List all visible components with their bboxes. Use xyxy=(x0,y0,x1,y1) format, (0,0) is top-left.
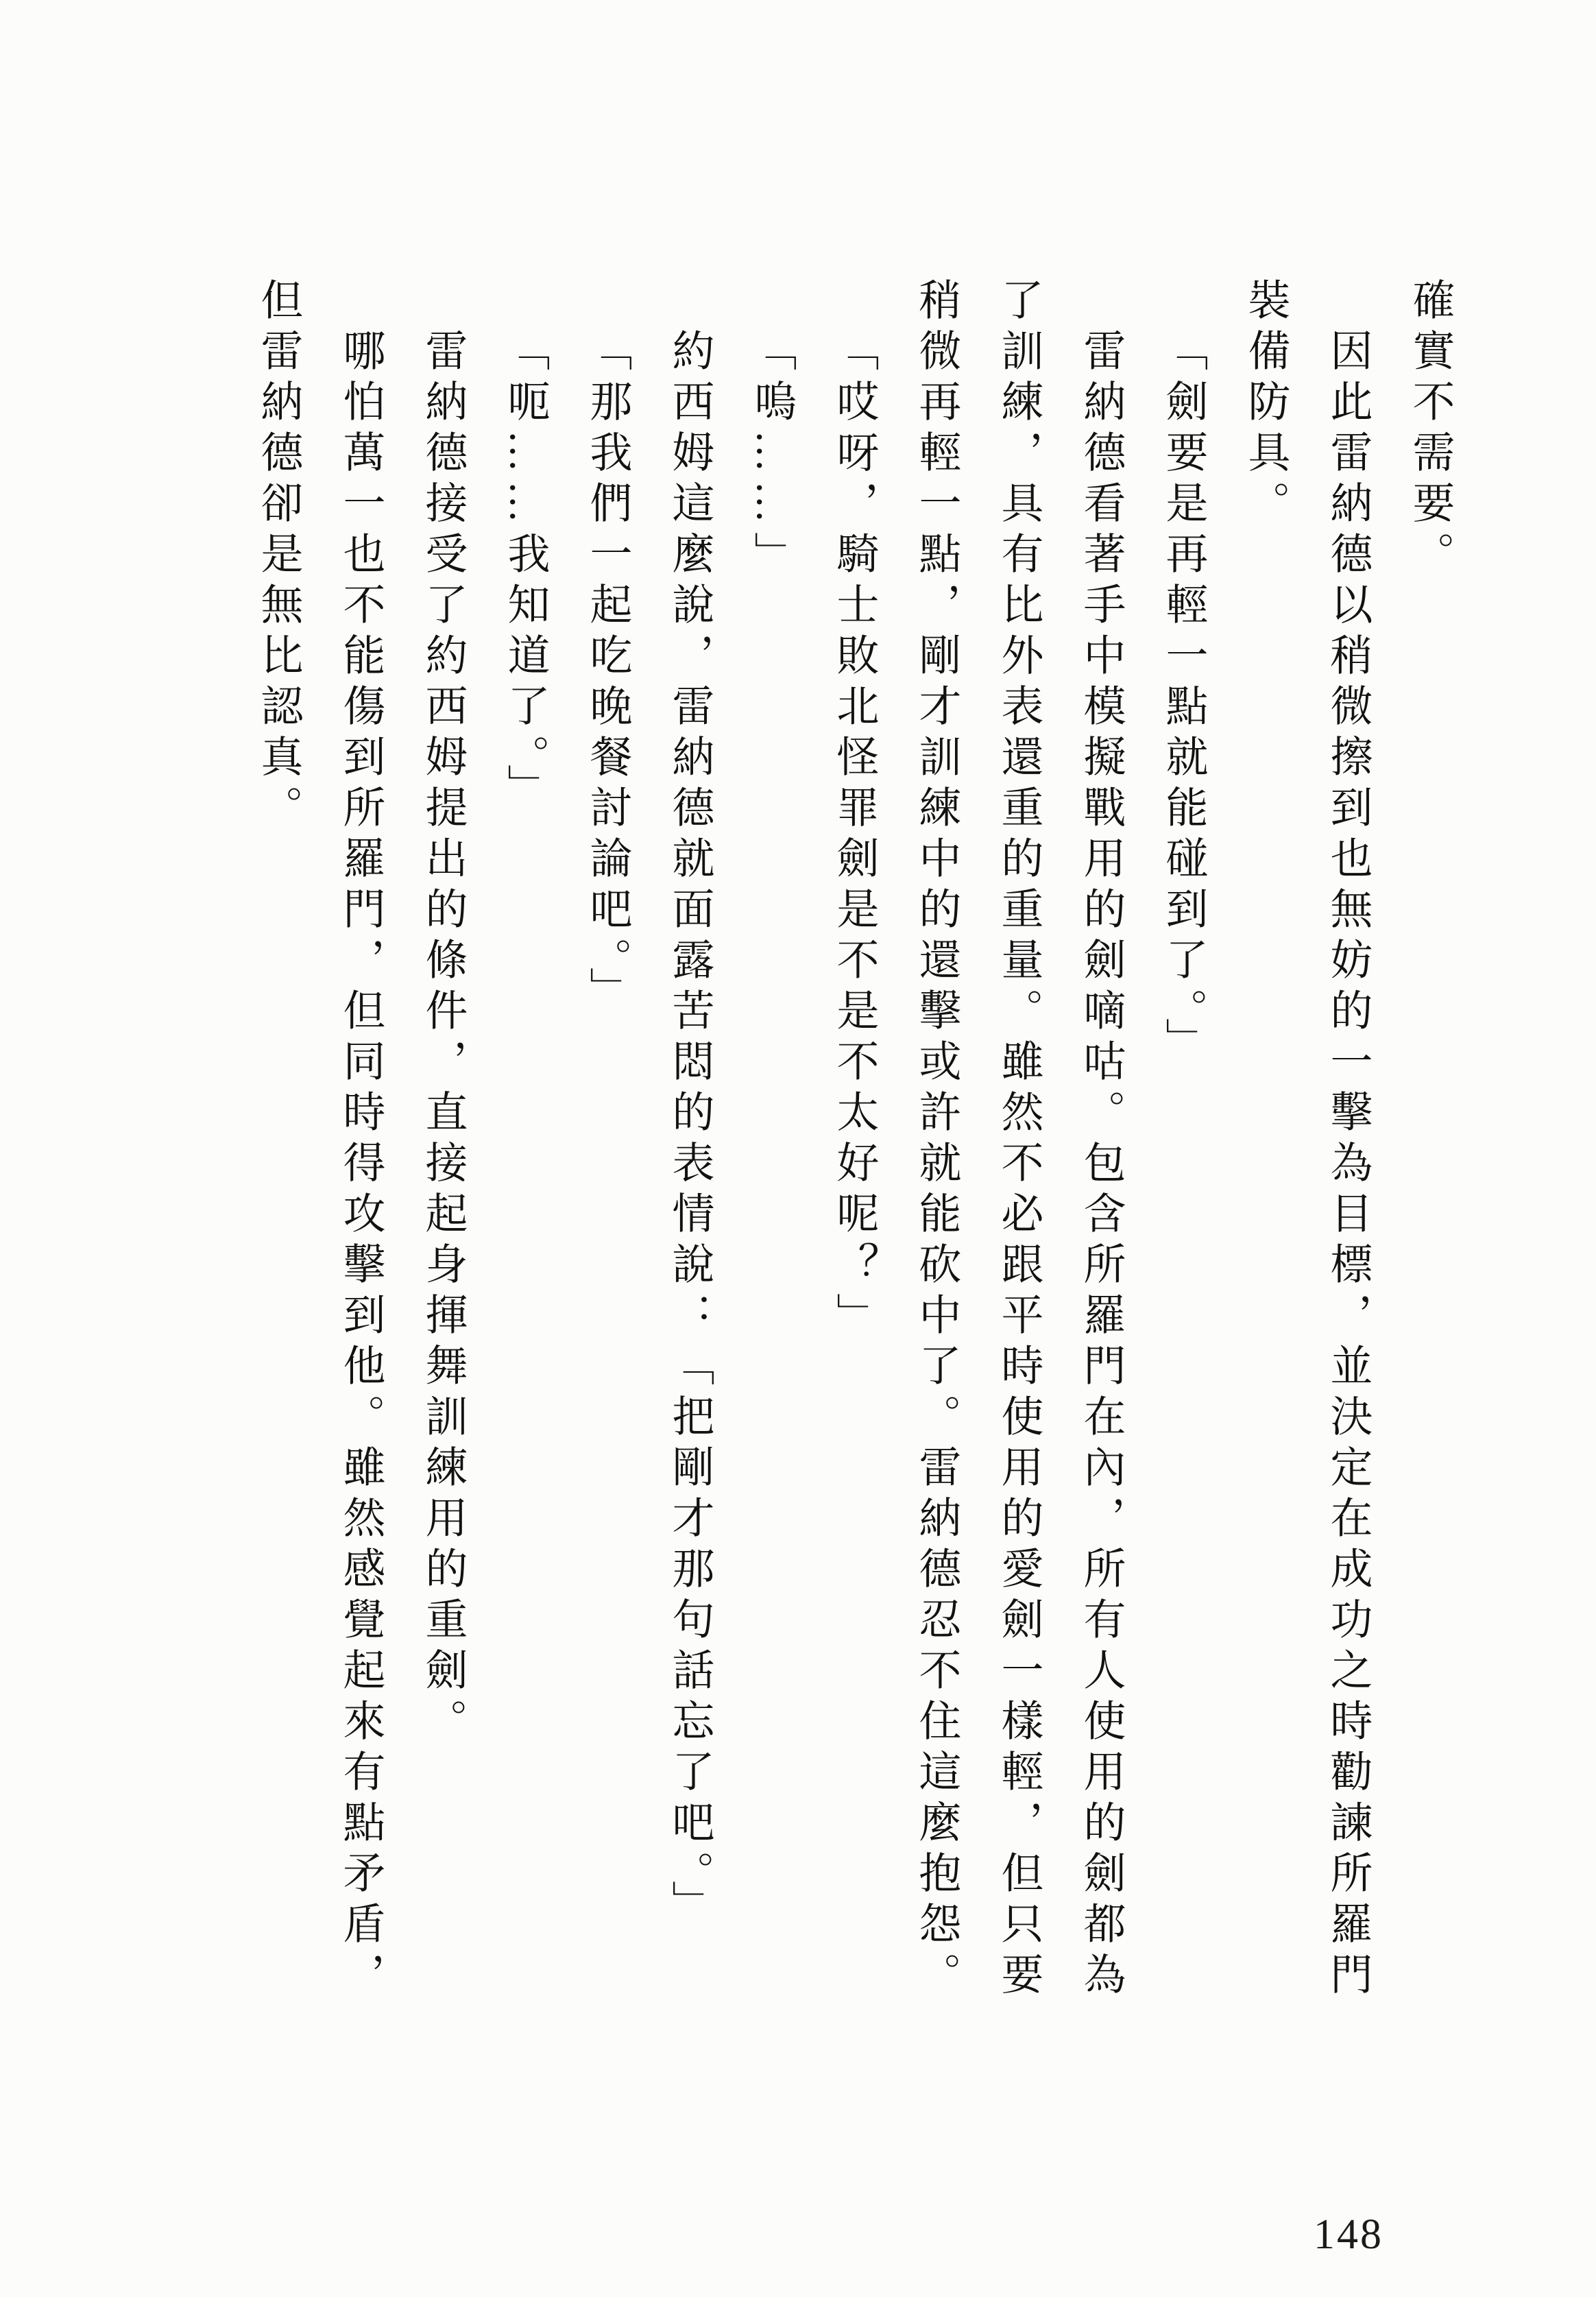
page-number: 148 xyxy=(1314,2211,1383,2259)
paragraph: 「那我們一起吃晚餐討論吧。」 xyxy=(566,278,648,2003)
paragraph: 「呃……我知道了。」 xyxy=(483,278,566,2003)
paragraph: 「哎呀，騎士敗北怪罪劍是不是不太好呢？」 xyxy=(812,278,895,2003)
page-text-block: 確實不需要。 因此雷納德以稍微擦到也無妨的一擊為目標，並決定在成功之時勸諫所羅門… xyxy=(237,278,1471,2003)
paragraph: 哪怕萬一也不能傷到所羅門，但同時得攻擊到他。雖然感覺起來有點矛盾，但雷納德卻是無… xyxy=(237,278,401,2003)
paragraph: 雷納德看著手中模擬戰用的劍嘀咕。包含所羅門在內，所有人使用的劍都為了訓練，具有比… xyxy=(895,278,1141,2003)
paragraph: 「嗚……」 xyxy=(730,278,812,2003)
paragraph: 因此雷納德以稍微擦到也無妨的一擊為目標，並決定在成功之時勸諫所羅門裝備防具。 xyxy=(1224,278,1388,2003)
book-page: 確實不需要。 因此雷納德以稍微擦到也無妨的一擊為目標，並決定在成功之時勸諫所羅門… xyxy=(0,0,1596,2297)
paragraph: 「劍要是再輕一點就能碰到了。」 xyxy=(1141,278,1224,2003)
paragraph: 雷納德接受了約西姆提出的條件，直接起身揮舞訓練用的重劍。 xyxy=(401,278,483,2003)
paragraph: 約西姆這麼說，雷納德就面露苦悶的表情說：「把剛才那句話忘了吧。」 xyxy=(648,278,730,2003)
paragraph: 確實不需要。 xyxy=(1388,278,1471,2003)
